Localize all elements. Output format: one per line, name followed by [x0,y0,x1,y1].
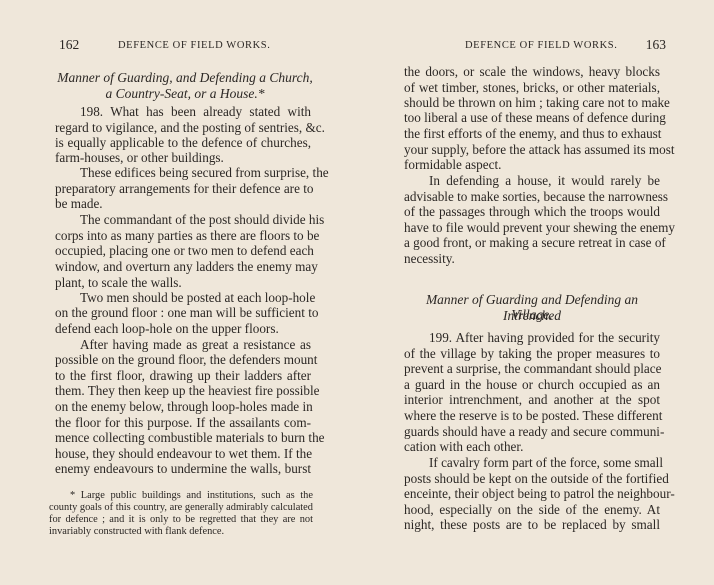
text-line: on the ground floor : one man will be su… [55,305,311,321]
text-line: is equally applicable to the defence of … [55,135,311,151]
text-line: posts should be kept on the outside of t… [404,471,660,487]
section-heading: Manner of Guarding, and Defending a Chur… [55,70,315,86]
text-line: night, these posts are to be replaced by… [404,517,660,533]
text-line: guards should have a ready and secure co… [404,424,660,440]
text-line: advisable to make sorties, because the n… [404,189,660,205]
text-line: the first efforts of the enemy, and thus… [404,126,660,142]
text-line: The commandant of the post should divide… [80,212,311,228]
text-line: your supply, before the attack has assum… [404,142,660,158]
text-line: These edifices being secured from surpri… [80,165,311,181]
text-line: 198. What has been already stated with [80,104,311,120]
text-line: window, and overturn any ladders the ene… [55,259,311,275]
text-line: to the first floor, drawing up their lad… [55,368,311,384]
footnote-line: for defence ; and it is only to be regre… [49,514,313,526]
text-line: plant, to scale the walls. [55,275,311,291]
text-line: hood, especially on the side of the enem… [404,502,660,518]
text-line: of the passages through which the troops… [404,204,660,220]
text-line: regard to vigilance, and the posting of … [55,120,311,136]
text-line: 199. After having provided for the secur… [429,330,660,346]
text-line: enemy endeavours to undermine the walls,… [55,461,311,477]
text-line: enceinte, their object being to patrol t… [404,486,660,502]
text-line: formidable aspect. [404,157,660,173]
text-line: where the reserve is to be posted. These… [404,408,660,424]
text-line: If cavalry form part of the force, some … [429,455,660,471]
text-line: corps into as many parties as there are … [55,228,311,244]
running-title: DEFENCE OF FIELD WORKS. [118,40,270,51]
text-line: too liberal a use of these means of defe… [404,110,660,126]
text-line: possible on the ground floor, the defend… [55,352,311,368]
running-head-right: DEFENCE OF FIELD WORKS. 163 [404,40,664,56]
running-head-left: 162 DEFENCE OF FIELD WORKS. [55,40,315,56]
text-line: Two men should be posted at each loop-ho… [80,290,311,306]
text-line: mence collecting combustible materials t… [55,430,311,446]
section-heading: a Country-Seat, or a House.* [55,86,315,102]
text-line: be made. [55,196,311,212]
text-line: them. They then keep up the heaviest fir… [55,383,311,399]
text-line: In defending a house, it would rarely be [429,173,660,189]
text-line: the doors, or scale the windows, heavy b… [404,64,660,80]
footnote-line: county goals of this country, are genera… [49,502,313,514]
running-title: DEFENCE OF FIELD WORKS. [465,40,617,51]
text-line: a good front, or making a secure retreat… [404,235,660,251]
text-line: prevent a surprise, the commandant shoul… [404,361,660,377]
text-line: occupied, placing one or two men to defe… [55,243,311,259]
footnote-line: * Large public buildings and institution… [70,490,313,502]
text-line: defend each loop-hole on the upper floor… [55,321,311,337]
text-line: the floor for this purpose. If the assai… [55,415,311,431]
text-line: necessity. [404,251,660,267]
footnote-line: invariably constructed with flank defenc… [49,526,313,538]
text-line: of wet timber, stones, bricks, or other … [404,80,660,96]
text-line: should be thrown on him ; taking care no… [404,95,660,111]
page-number: 162 [59,37,79,53]
text-line: After having made as great a resistance … [80,337,311,353]
text-line: cation with each other. [404,439,660,455]
page-number: 163 [646,37,666,53]
text-line: house, they should endeavour to wet them… [55,446,311,462]
text-line: preparatory arrangements for their defen… [55,181,311,197]
text-line: on the enemy below, through loop-holes m… [55,399,311,415]
text-line: interior intrenchment, and another at th… [404,392,660,408]
text-line: farm-houses, or other buildings. [55,150,311,166]
text-line: a guard in the house or church occupied … [404,377,660,393]
text-line: of the village by taking the proper meas… [404,346,660,362]
section-heading: Village. [402,307,662,323]
text-line: have to file would prevent your shewing … [404,220,660,236]
